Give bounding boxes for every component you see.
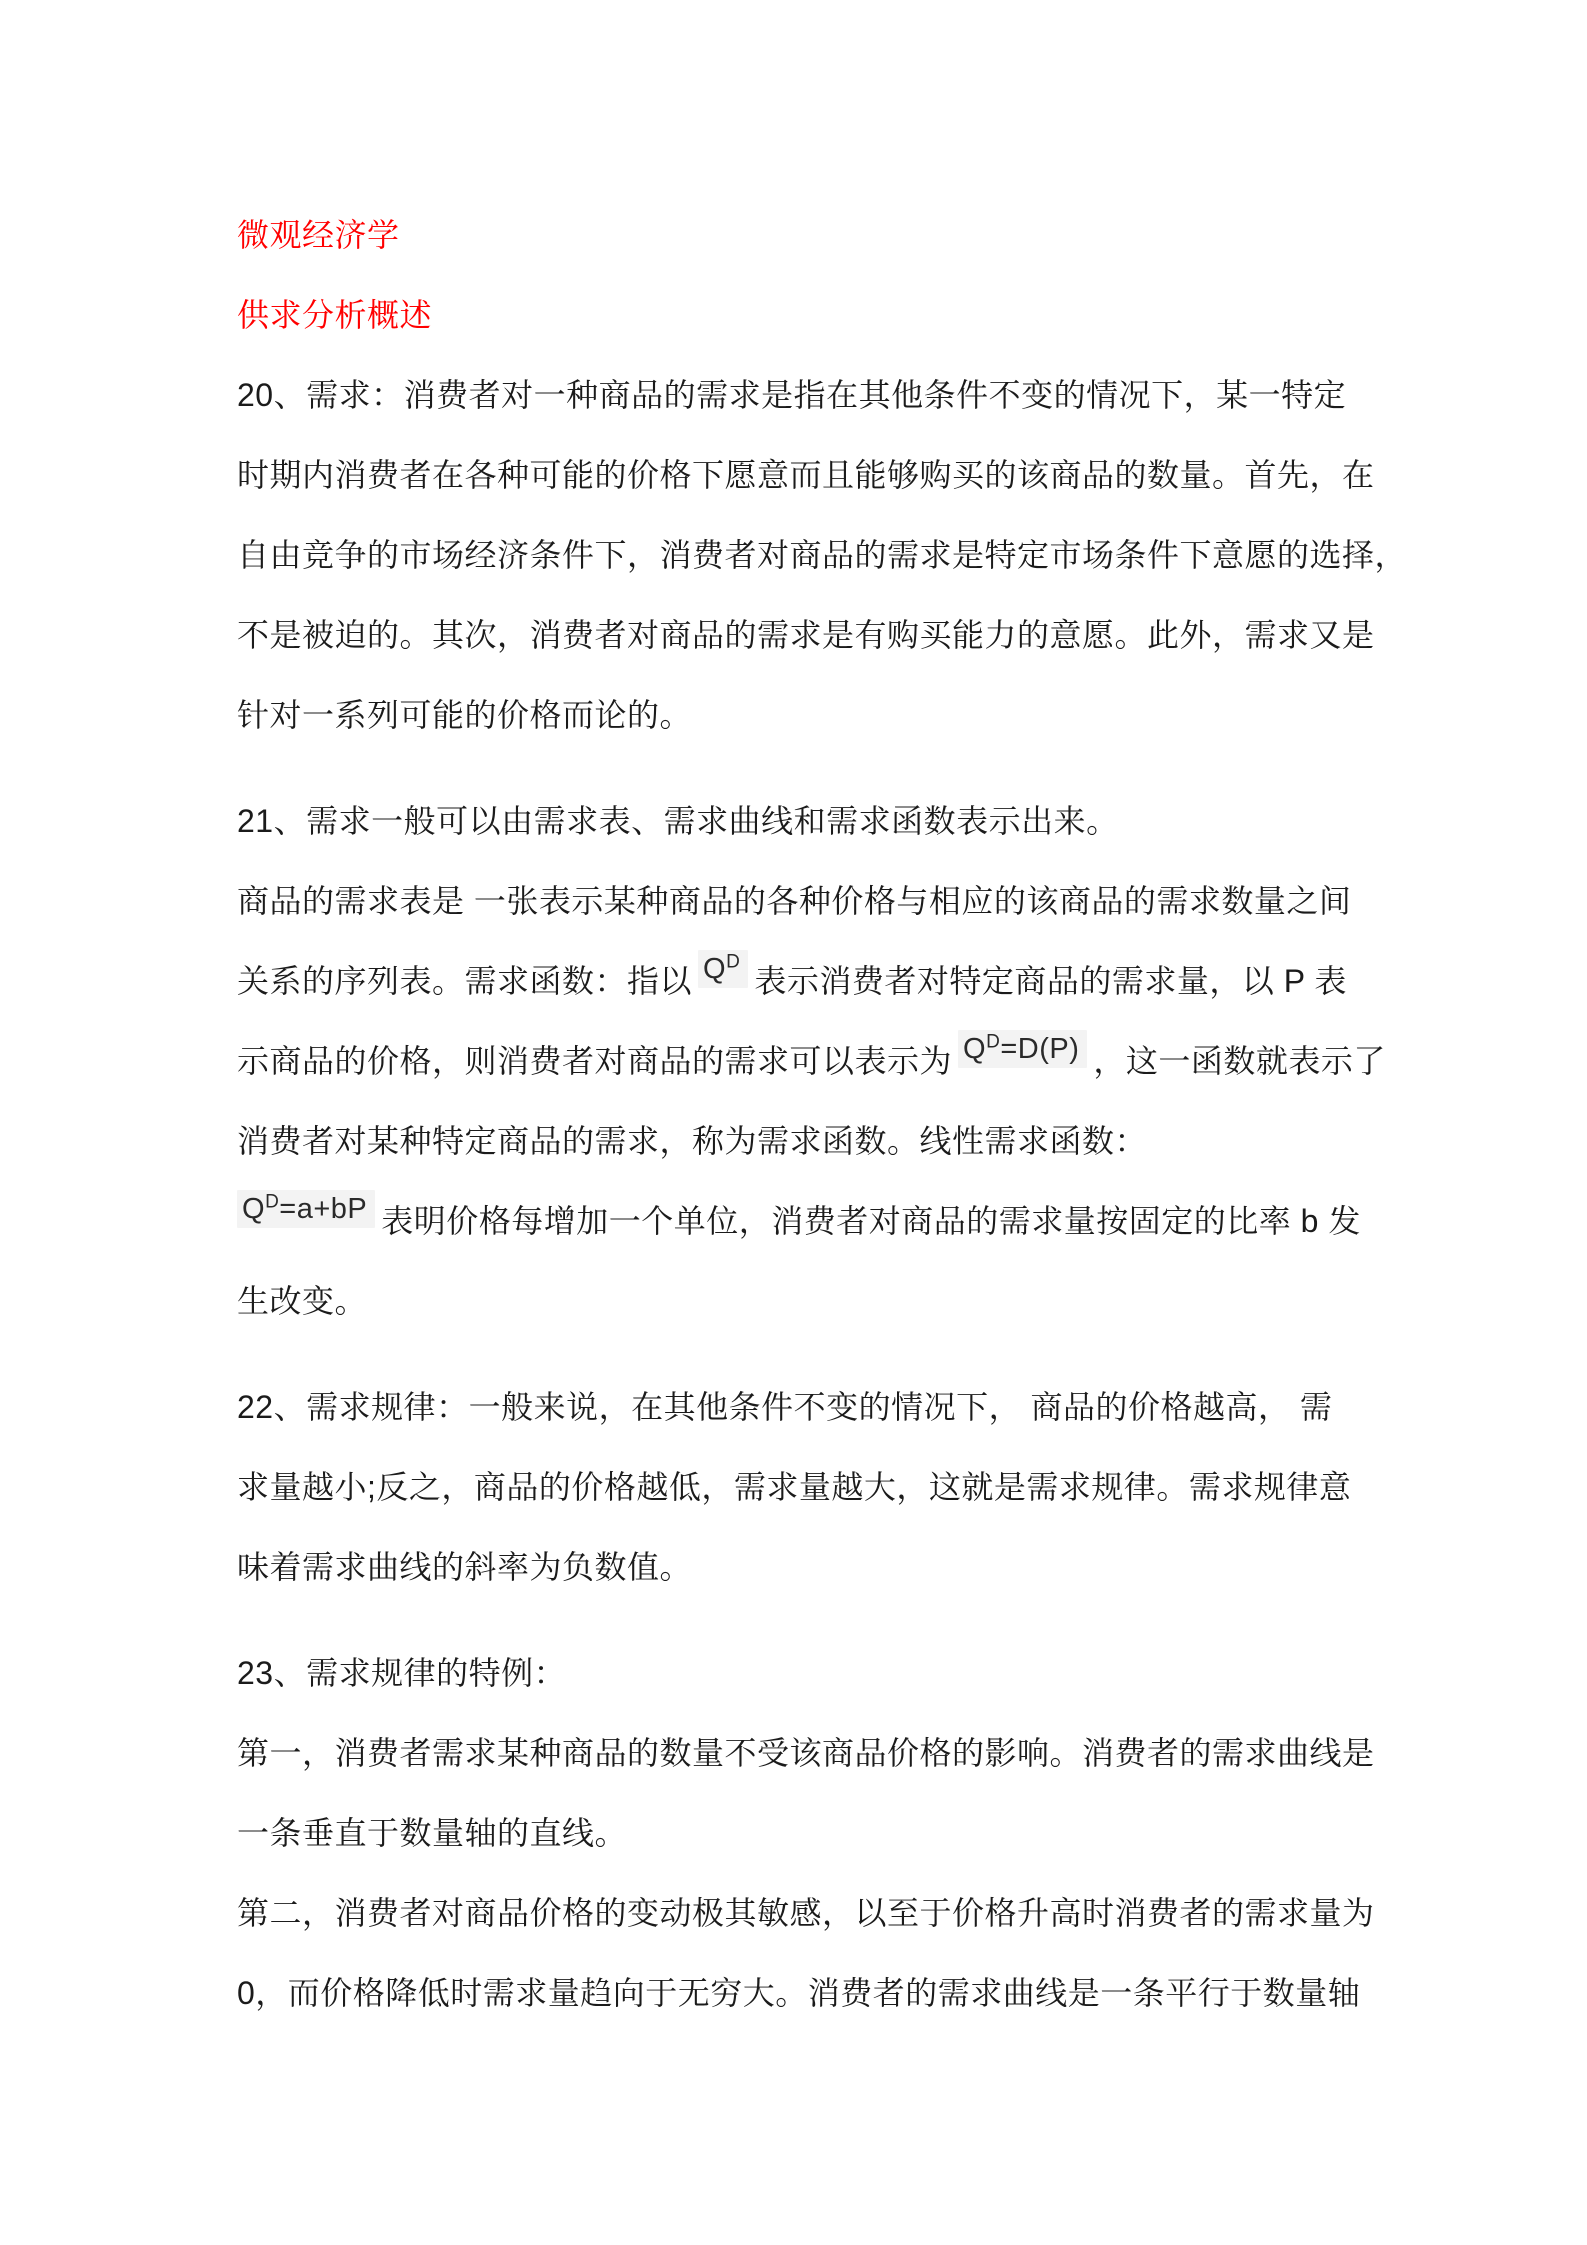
formula-linear-rest: =a+bP <box>279 1193 367 1225</box>
p20-line-5: 针对一系列可能的价格而论的。 <box>237 675 1427 755</box>
p21-qd-before-text: 关系的序列表。需求函数：指以 <box>237 963 692 999</box>
course-title-heading: 微观经济学 <box>237 195 1427 275</box>
formula-qdp-base: Q <box>963 1033 986 1065</box>
p21-linear-after-text: 表明价格每增加一个单位，消费者对商品的需求量按固定的比率 b 发 <box>381 1203 1361 1239</box>
p21-line-table: 商品的需求表是 一张表示某种商品的各种价格与相应的该商品的需求数量之间 <box>237 861 1427 941</box>
p22-line-1: 22、需求规律：一般来说，在其他条件不变的情况下， 商品的价格越高， 需 <box>237 1367 1427 1447</box>
document-page: 微观经济学 供求分析概述 20、需求：消费者对一种商品的需求是指在其他条件不变的… <box>0 0 1587 2245</box>
p21-line-demand-function: 关系的序列表。需求函数：指以QD表示消费者对特定商品的需求量，以 P 表 <box>237 941 1427 1021</box>
p23-line-1: 23、需求规律的特例： <box>237 1633 1427 1713</box>
formula-qd: QD <box>698 950 748 988</box>
p21-line-demand-expression: 示商品的价格，则消费者对商品的需求可以表示为QD=D(P)，这一函数就表示了 <box>237 1021 1427 1101</box>
p22-line-2: 求量越小;反之，商品的价格越低，需求量越大，这就是需求规律。需求规律意 <box>237 1447 1427 1527</box>
formula-qd-base: Q <box>703 953 726 985</box>
formula-qdp-rest: =D(P) <box>1000 1033 1079 1065</box>
formula-qd-superscript: D <box>726 951 740 972</box>
p22-line-3: 味着需求曲线的斜率为负数值。 <box>237 1527 1427 1607</box>
p21-qd-after-text: 表示消费者对特定商品的需求量，以 P 表 <box>754 963 1347 999</box>
formula-qdp-superscript: D <box>986 1031 1000 1052</box>
p20-line-2: 时期内消费者在各种可能的价格下愿意而且能够购买的该商品的数量。首先，在 <box>237 435 1427 515</box>
p20-line-3: 自由竞争的市场经济条件下，消费者对商品的需求是特定市场条件下意愿的选择， <box>237 515 1427 595</box>
p23-line-3: 一条垂直于数量轴的直线。 <box>237 1793 1427 1873</box>
p21-line-called: 消费者对某种特定商品的需求，称为需求函数。线性需求函数： <box>237 1101 1427 1181</box>
p21-line-intro: 21、需求一般可以由需求表、需求曲线和需求函数表示出来。 <box>237 781 1427 861</box>
p20-line-1: 20、需求：消费者对一种商品的需求是指在其他条件不变的情况下，某一特定 <box>237 355 1427 435</box>
formula-linear-superscript: D <box>265 1191 279 1212</box>
formula-qd-equals-dp: QD=D(P) <box>958 1030 1087 1068</box>
p21-line-end: 生改变。 <box>237 1261 1427 1341</box>
p20-line-4: 不是被迫的。其次，消费者对商品的需求是有购买能力的意愿。此外，需求又是 <box>237 595 1427 675</box>
formula-qd-equals-a-plus-bp: QD=a+bP <box>237 1190 375 1228</box>
formula-linear-base: Q <box>242 1193 265 1225</box>
section-title-heading: 供求分析概述 <box>237 275 1427 355</box>
p21-qdp-before-text: 示商品的价格，则消费者对商品的需求可以表示为 <box>237 1043 952 1079</box>
p23-line-5: 0，而价格降低时需求量趋向于无穷大。消费者的需求曲线是一条平行于数量轴 <box>237 1953 1427 2033</box>
p21-qdp-after-text: ，这一函数就表示了 <box>1093 1043 1386 1079</box>
p23-line-2: 第一，消费者需求某种商品的数量不受该商品价格的影响。消费者的需求曲线是 <box>237 1713 1427 1793</box>
p23-line-4: 第二，消费者对商品价格的变动极其敏感，以至于价格升高时消费者的需求量为 <box>237 1873 1427 1953</box>
p21-line-linear-function: QD=a+bP表明价格每增加一个单位，消费者对商品的需求量按固定的比率 b 发 <box>237 1181 1427 1261</box>
